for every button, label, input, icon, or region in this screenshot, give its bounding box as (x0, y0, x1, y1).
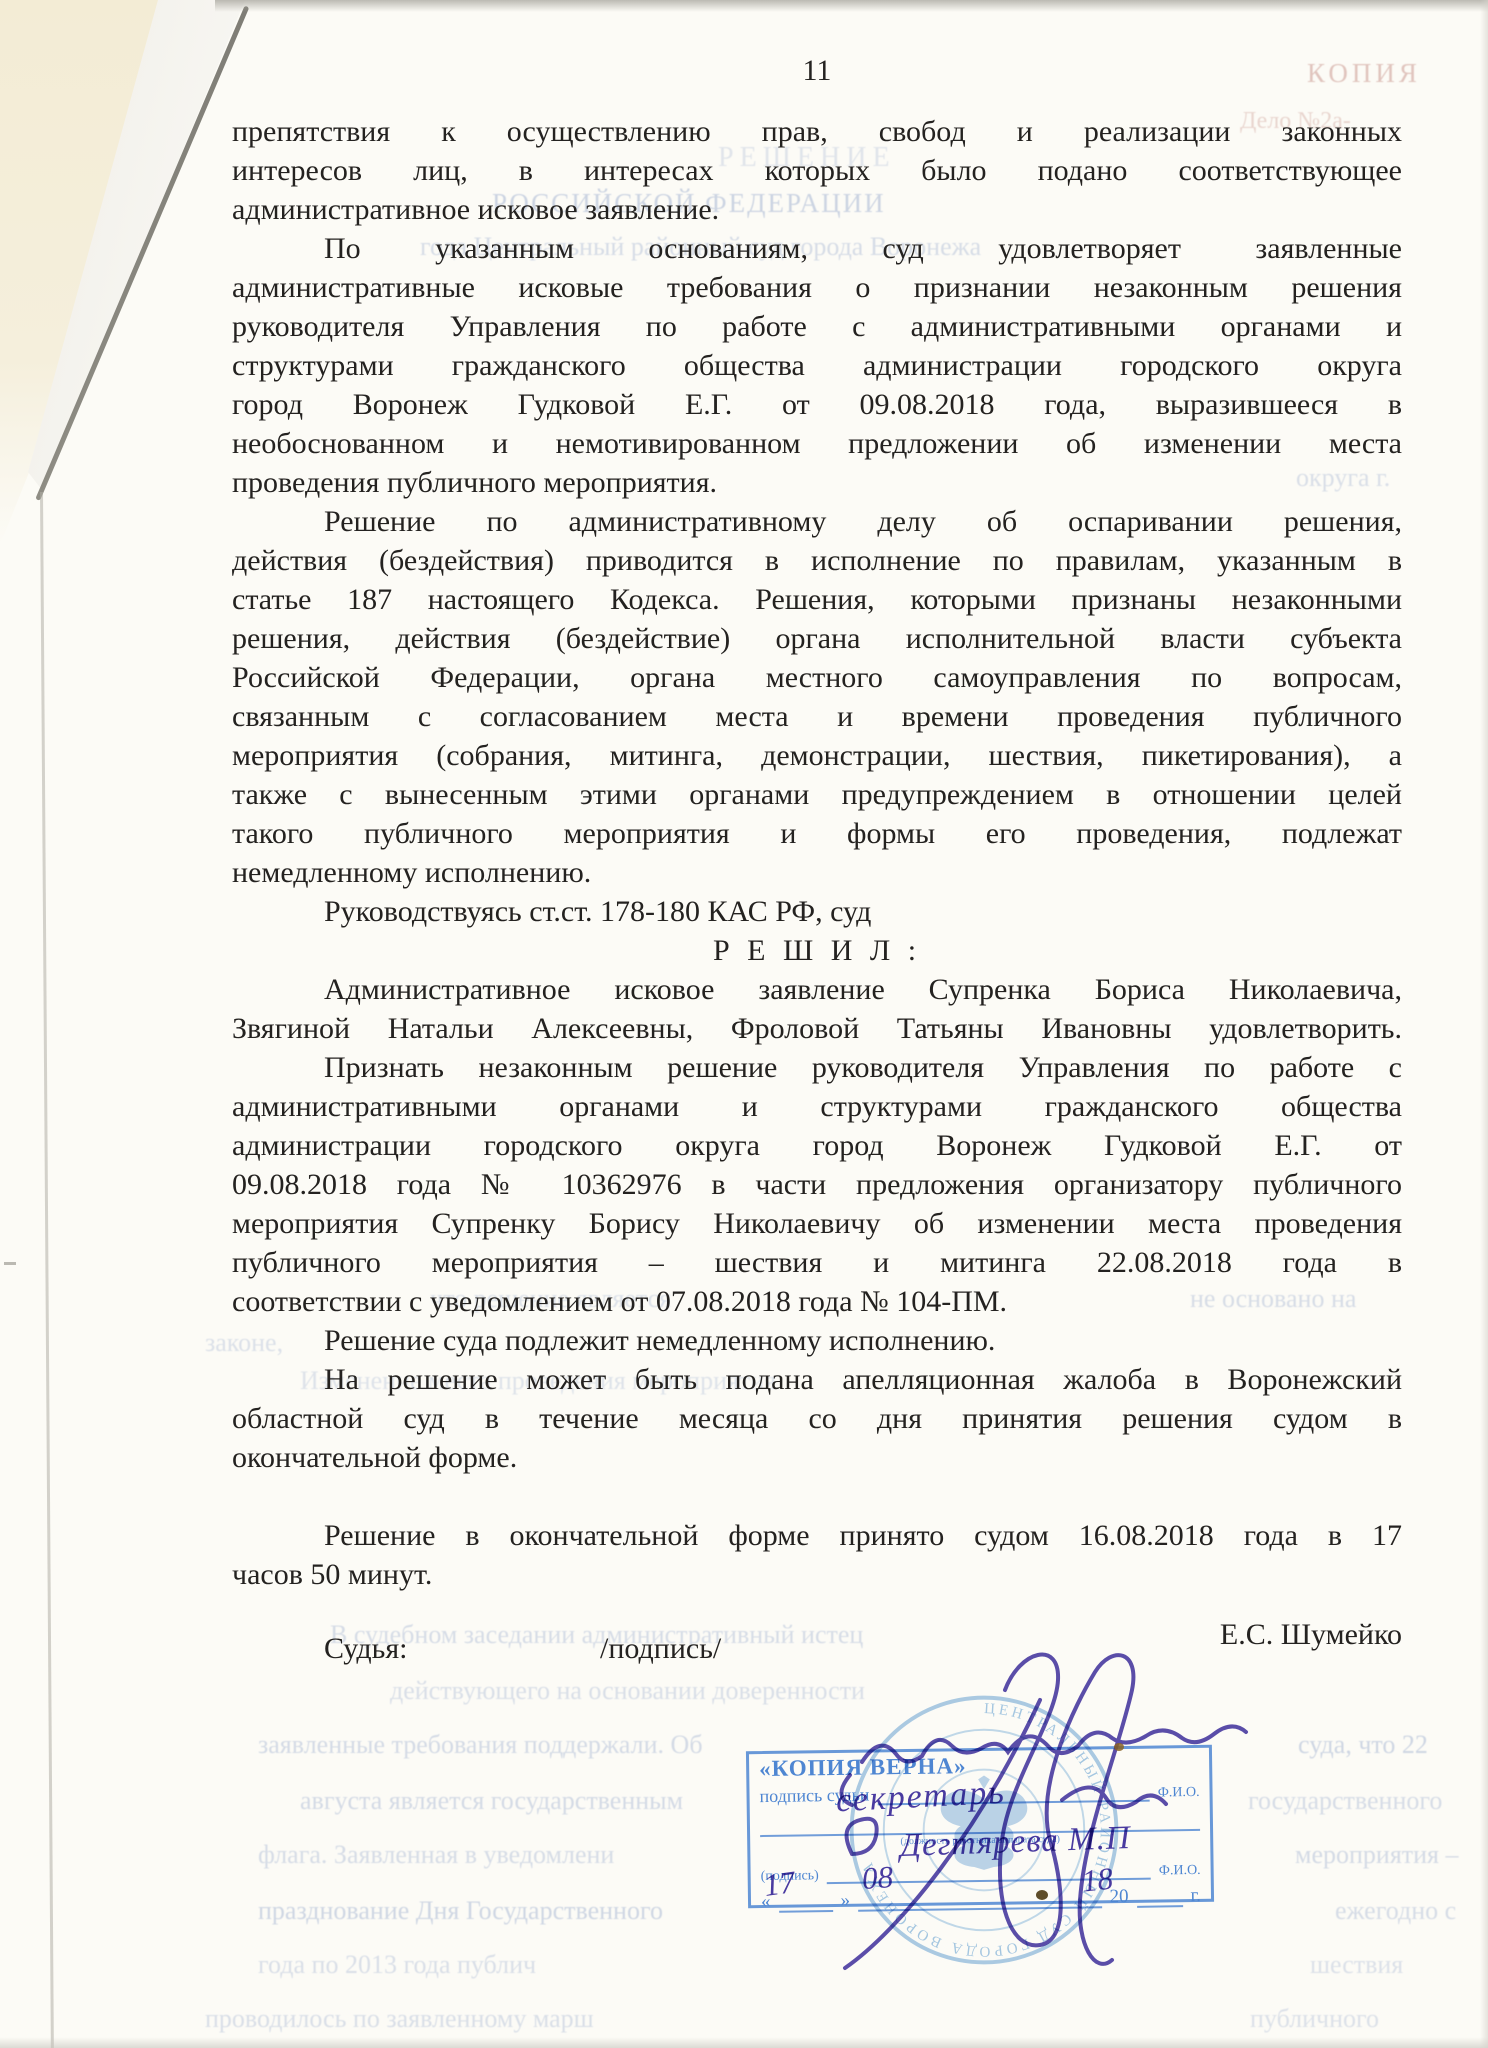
text-line: публичного мероприятия – шествия и митин… (232, 1243, 1402, 1282)
scan-top-edge (215, 0, 1488, 12)
judge-signature-flourish (1000, 1655, 1133, 1964)
paragraph-immediate-execution: Решение суда подлежит немедленному испол… (232, 1321, 1402, 1360)
text-line: Признать незаконным решение руководителя… (232, 1048, 1402, 1087)
text-line: областной суд в течение месяца со дня пр… (232, 1399, 1402, 1438)
paragraph-claim-granted: Административное исковое заявление Супре… (232, 970, 1402, 1048)
text-line: Административное исковое заявление Супре… (232, 970, 1402, 1009)
resolution-heading: Р Е Ш И Л : (232, 931, 1402, 970)
text-line: также с вынесенным этими органами предуп… (232, 775, 1402, 814)
text-line: проведения публичного мероприятия. (232, 463, 1402, 502)
guided-by-line: Руководствуясь ст.ст. 178-180 КАС РФ, су… (232, 892, 1402, 931)
ghost-text: заявленные требования поддержали. Об (258, 1730, 703, 1760)
text-line: такого публичного мероприятия и формы ег… (232, 814, 1402, 853)
scan-dust-mark (4, 1262, 16, 1265)
paragraph-appeal: На решение может быть подана апелляционн… (232, 1360, 1402, 1477)
text-line: администрации городского округа город Во… (232, 1126, 1402, 1165)
text-line: 09.08.2018 года № 10362976 в части предл… (232, 1165, 1402, 1204)
text-line: Решение в окончательной форме принято су… (232, 1516, 1402, 1555)
ghost-text: празднование Дня Государственного (258, 1896, 663, 1926)
handwritten-date-year: 18 (1080, 1860, 1115, 1899)
text-line: статье 187 настоящего Кодекса. Решения, … (232, 580, 1402, 619)
secretary-signature-flourish (1062, 1787, 1166, 1807)
paragraph-declare-unlawful: Признать незаконным решение руководителя… (232, 1048, 1402, 1321)
scan-right-edge (1480, 0, 1488, 2048)
text-line: структурами гражданского общества админи… (232, 346, 1402, 385)
judge-label: Судья: (324, 1632, 407, 1666)
paragraph-continuation: препятствия к осуществлению прав, свобод… (232, 112, 1402, 229)
ghost-text: ежегодно с (1335, 1896, 1456, 1926)
ink-speck (1036, 1890, 1048, 1900)
ghost-text: августа является государственным (300, 1786, 683, 1816)
paragraph-grounds: По указанным основаниям, суд удовлетворя… (232, 229, 1402, 502)
text-line: административные исковые требования о пр… (232, 268, 1402, 307)
ghost-text: мероприятия – (1295, 1840, 1459, 1870)
text-line: Решение по административному делу об осп… (232, 502, 1402, 541)
clerk-initial-flourish (847, 1819, 877, 1854)
decision-text: препятствия к осуществлению прав, свобод… (232, 112, 1402, 1594)
page-left-edge (40, 492, 54, 2048)
ghost-text: шествия (1310, 1950, 1403, 1980)
paragraph-execution-rules: Решение по административному делу об осп… (232, 502, 1402, 892)
text-line: руководителя Управления по работе с адми… (232, 307, 1402, 346)
text-line: город Воронеж Гудковой Е.Г. от 09.08.201… (232, 385, 1402, 424)
handwritten-signatures (700, 1590, 1260, 2048)
text-line: окончательной форме. (232, 1438, 1402, 1477)
text-line: решения, действия (бездействие) органа и… (232, 619, 1402, 658)
text-line: соответствии с уведомлением от 07.08.201… (232, 1282, 1402, 1321)
ghost-text: суда, что 22 (1298, 1730, 1428, 1760)
handwritten-date-day: 17 (762, 1864, 798, 1904)
text-line: мероприятия (собрания, митинга, демонстр… (232, 736, 1402, 775)
text-line: необоснованном и немотивированном предло… (232, 424, 1402, 463)
text-line: Звягиной Натальи Алексеевны, Фроловой Та… (232, 1009, 1402, 1048)
text-line: действия (бездействия) приводится в испо… (232, 541, 1402, 580)
ghost-text: публичного (1250, 2004, 1379, 2034)
ghost-text: года по 2013 года публич (258, 1950, 536, 1980)
judge-signature-wave (862, 1726, 1246, 1762)
handwritten-date-month: 08 (861, 1859, 894, 1897)
text-line: Российской Федерации, органа местного са… (232, 658, 1402, 697)
ghost-text: государственного (1248, 1786, 1442, 1816)
page-number: 11 (232, 54, 1402, 88)
text-line: часов 50 минут. (232, 1555, 1402, 1594)
text-line: интересов лиц, в интересах которых было … (232, 151, 1402, 190)
text-line: немедленному исполнению. (232, 853, 1402, 892)
text-line: связанным с согласованием места и времен… (232, 697, 1402, 736)
ghost-text: флага. Заявленная в уведомлени (258, 1840, 614, 1870)
scanned-court-decision-page: КОПИЯ Дело №2а- РЕШЕНИЕ РОССИЙСКОЙ ФЕДЕР… (0, 0, 1488, 2048)
text-line: По указанным основаниям, суд удовлетворя… (232, 229, 1402, 268)
ink-speck (1114, 1743, 1124, 1751)
ghost-text: проводилось по заявленному марш (205, 2004, 594, 2034)
text-line: препятствия к осуществлению прав, свобод… (232, 112, 1402, 151)
paragraph-final-form: Решение в окончательной форме принято су… (232, 1516, 1402, 1594)
text-line: мероприятия Супренку Борису Николаевичу … (232, 1204, 1402, 1243)
text-line: административными органами и структурами… (232, 1087, 1402, 1126)
text-line: административное исковое заявление. (232, 190, 1402, 229)
text-line: На решение может быть подана апелляционн… (232, 1360, 1402, 1399)
